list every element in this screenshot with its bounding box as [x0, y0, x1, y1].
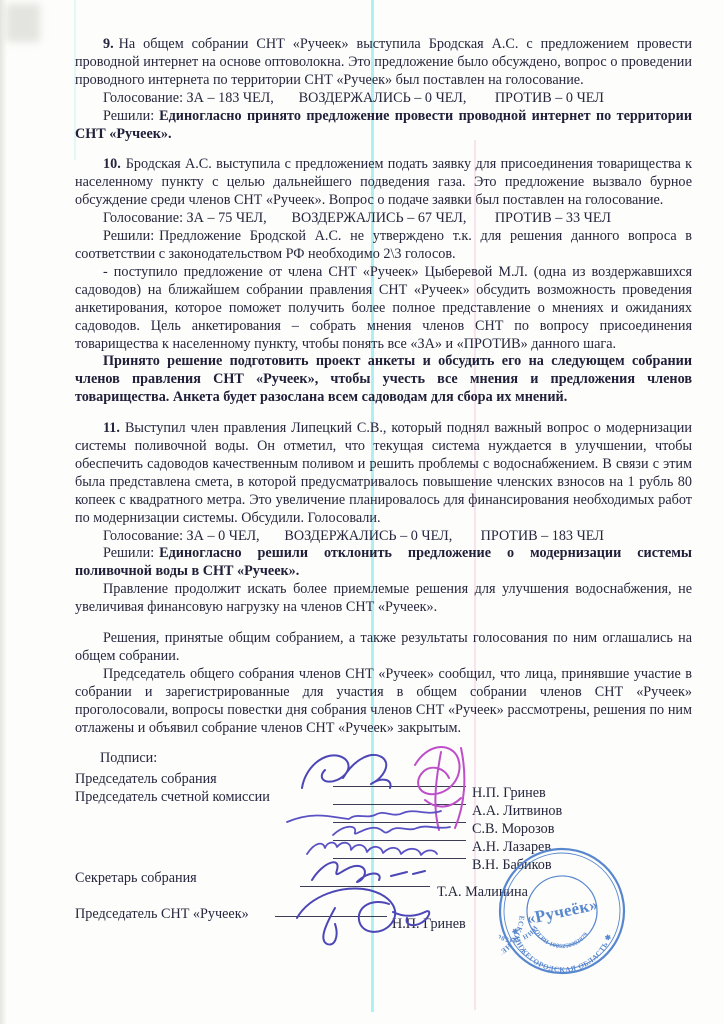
agenda-item-11-followup: Правление продолжит искать более приемле… [75, 581, 692, 617]
signature-ink-chairman [297, 888, 429, 944]
agenda-item-10-number: 10. [103, 156, 126, 172]
stamp-center-name: «Ручеёк» [525, 894, 600, 928]
document-body: 9.На общем собрании СНТ «Ручеек» выступи… [75, 36, 692, 996]
signature-ink-litvinov [415, 747, 464, 830]
agenda-item-11-text: 11.Выступил член правления Липецкий С.В.… [75, 420, 692, 527]
agenda-item-10: 10.Бродская А.С. выступила с предложение… [75, 156, 692, 407]
agenda-item-10-resolution: Решили:Предложение Бродской А.С. не утве… [75, 228, 692, 264]
agenda-item-11-resolution: Решили:Единогласно решили отклонить пред… [75, 545, 692, 581]
agenda-item-9-text: 9.На общем собрании СНТ «Ручеек» выступи… [75, 36, 692, 90]
signatures-heading: Подписи: [100, 750, 157, 768]
resolution-label: Решили: [103, 545, 159, 561]
role-counting-chairman: Председатель счетной комиссии [75, 789, 270, 807]
resolution-text: Единогласно принято предложение провести… [75, 108, 692, 142]
resolution-text: Единогласно решили отклонить предложение… [75, 545, 692, 579]
signature-ink-morozov [287, 811, 441, 822]
agenda-item-9: 9.На общем собрании СНТ «Ручеек» выступи… [75, 36, 692, 143]
scanned-document-page: 9.На общем собрании СНТ «Ручеек» выступи… [0, 0, 724, 1024]
scan-smudge-artifact [6, 4, 40, 42]
signature-ink-grinev [302, 754, 391, 787]
agenda-item-9-voting: Голосование: ЗА – 183 ЧЕЛ, ВОЗДЕРЖАЛИСЬ … [75, 90, 692, 108]
agenda-item-10-text: 10.Бродская А.С. выступила с предложение… [75, 156, 692, 210]
closing-paragraph-2: Председатель общего собрания членов СНТ … [75, 666, 692, 738]
agenda-item-9-resolution: Решили:Единогласно принято предложение п… [75, 108, 692, 144]
resolution-label: Решили: [103, 228, 159, 244]
scan-edge-shadow [0, 0, 7, 1024]
role-secretary: Секретарь собрания [75, 870, 197, 888]
role-meeting-chairman: Председатель собрания [75, 771, 217, 789]
resolution-label: Решили: [103, 108, 159, 124]
signature-ink-malinina [312, 862, 425, 882]
agenda-item-11-number: 11. [103, 420, 125, 436]
resolution-text: Предложение Бродской А.С. не утверждено … [75, 228, 692, 262]
role-snt-chairman: Председатель СНТ «Ручеек» [75, 906, 249, 924]
spacer [75, 143, 692, 156]
spacer [75, 617, 692, 630]
agenda-item-10-member-proposal: - поступило предложение от члена СНТ «Ру… [75, 264, 692, 354]
organization-round-stamp: САДОВОДЧЕСКОЕ НЕКОММЕРЧЕСКОЕ ТОВАРИЩЕСТВ… [487, 836, 636, 985]
agenda-item-9-number: 9. [103, 36, 119, 52]
agenda-item-11: 11.Выступил член правления Липецкий С.В.… [75, 420, 692, 617]
agenda-item-10-voting: Голосование: ЗА – 75 ЧЕЛ, ВОЗДЕРЖАЛИСЬ –… [75, 210, 692, 228]
signatures-block: Подписи: Председатель собрания Председат… [75, 750, 692, 996]
agenda-item-10-decision: Принято решение подготовить проект анкет… [75, 353, 692, 407]
handwritten-signatures-ink [265, 740, 500, 960]
spacer [75, 407, 692, 420]
agenda-item-11-voting: Голосование: ЗА – 0 ЧЕЛ, ВОЗДЕРЖАЛИСЬ – … [75, 528, 692, 546]
closing-paragraph-1: Решения, принятые общим собранием, а так… [75, 630, 692, 666]
stamp-ogrn-arc: ОГРН 1085250003079 [532, 921, 591, 954]
signature-ink-lazarev [333, 826, 450, 834]
signature-ink-babikov [307, 842, 437, 854]
